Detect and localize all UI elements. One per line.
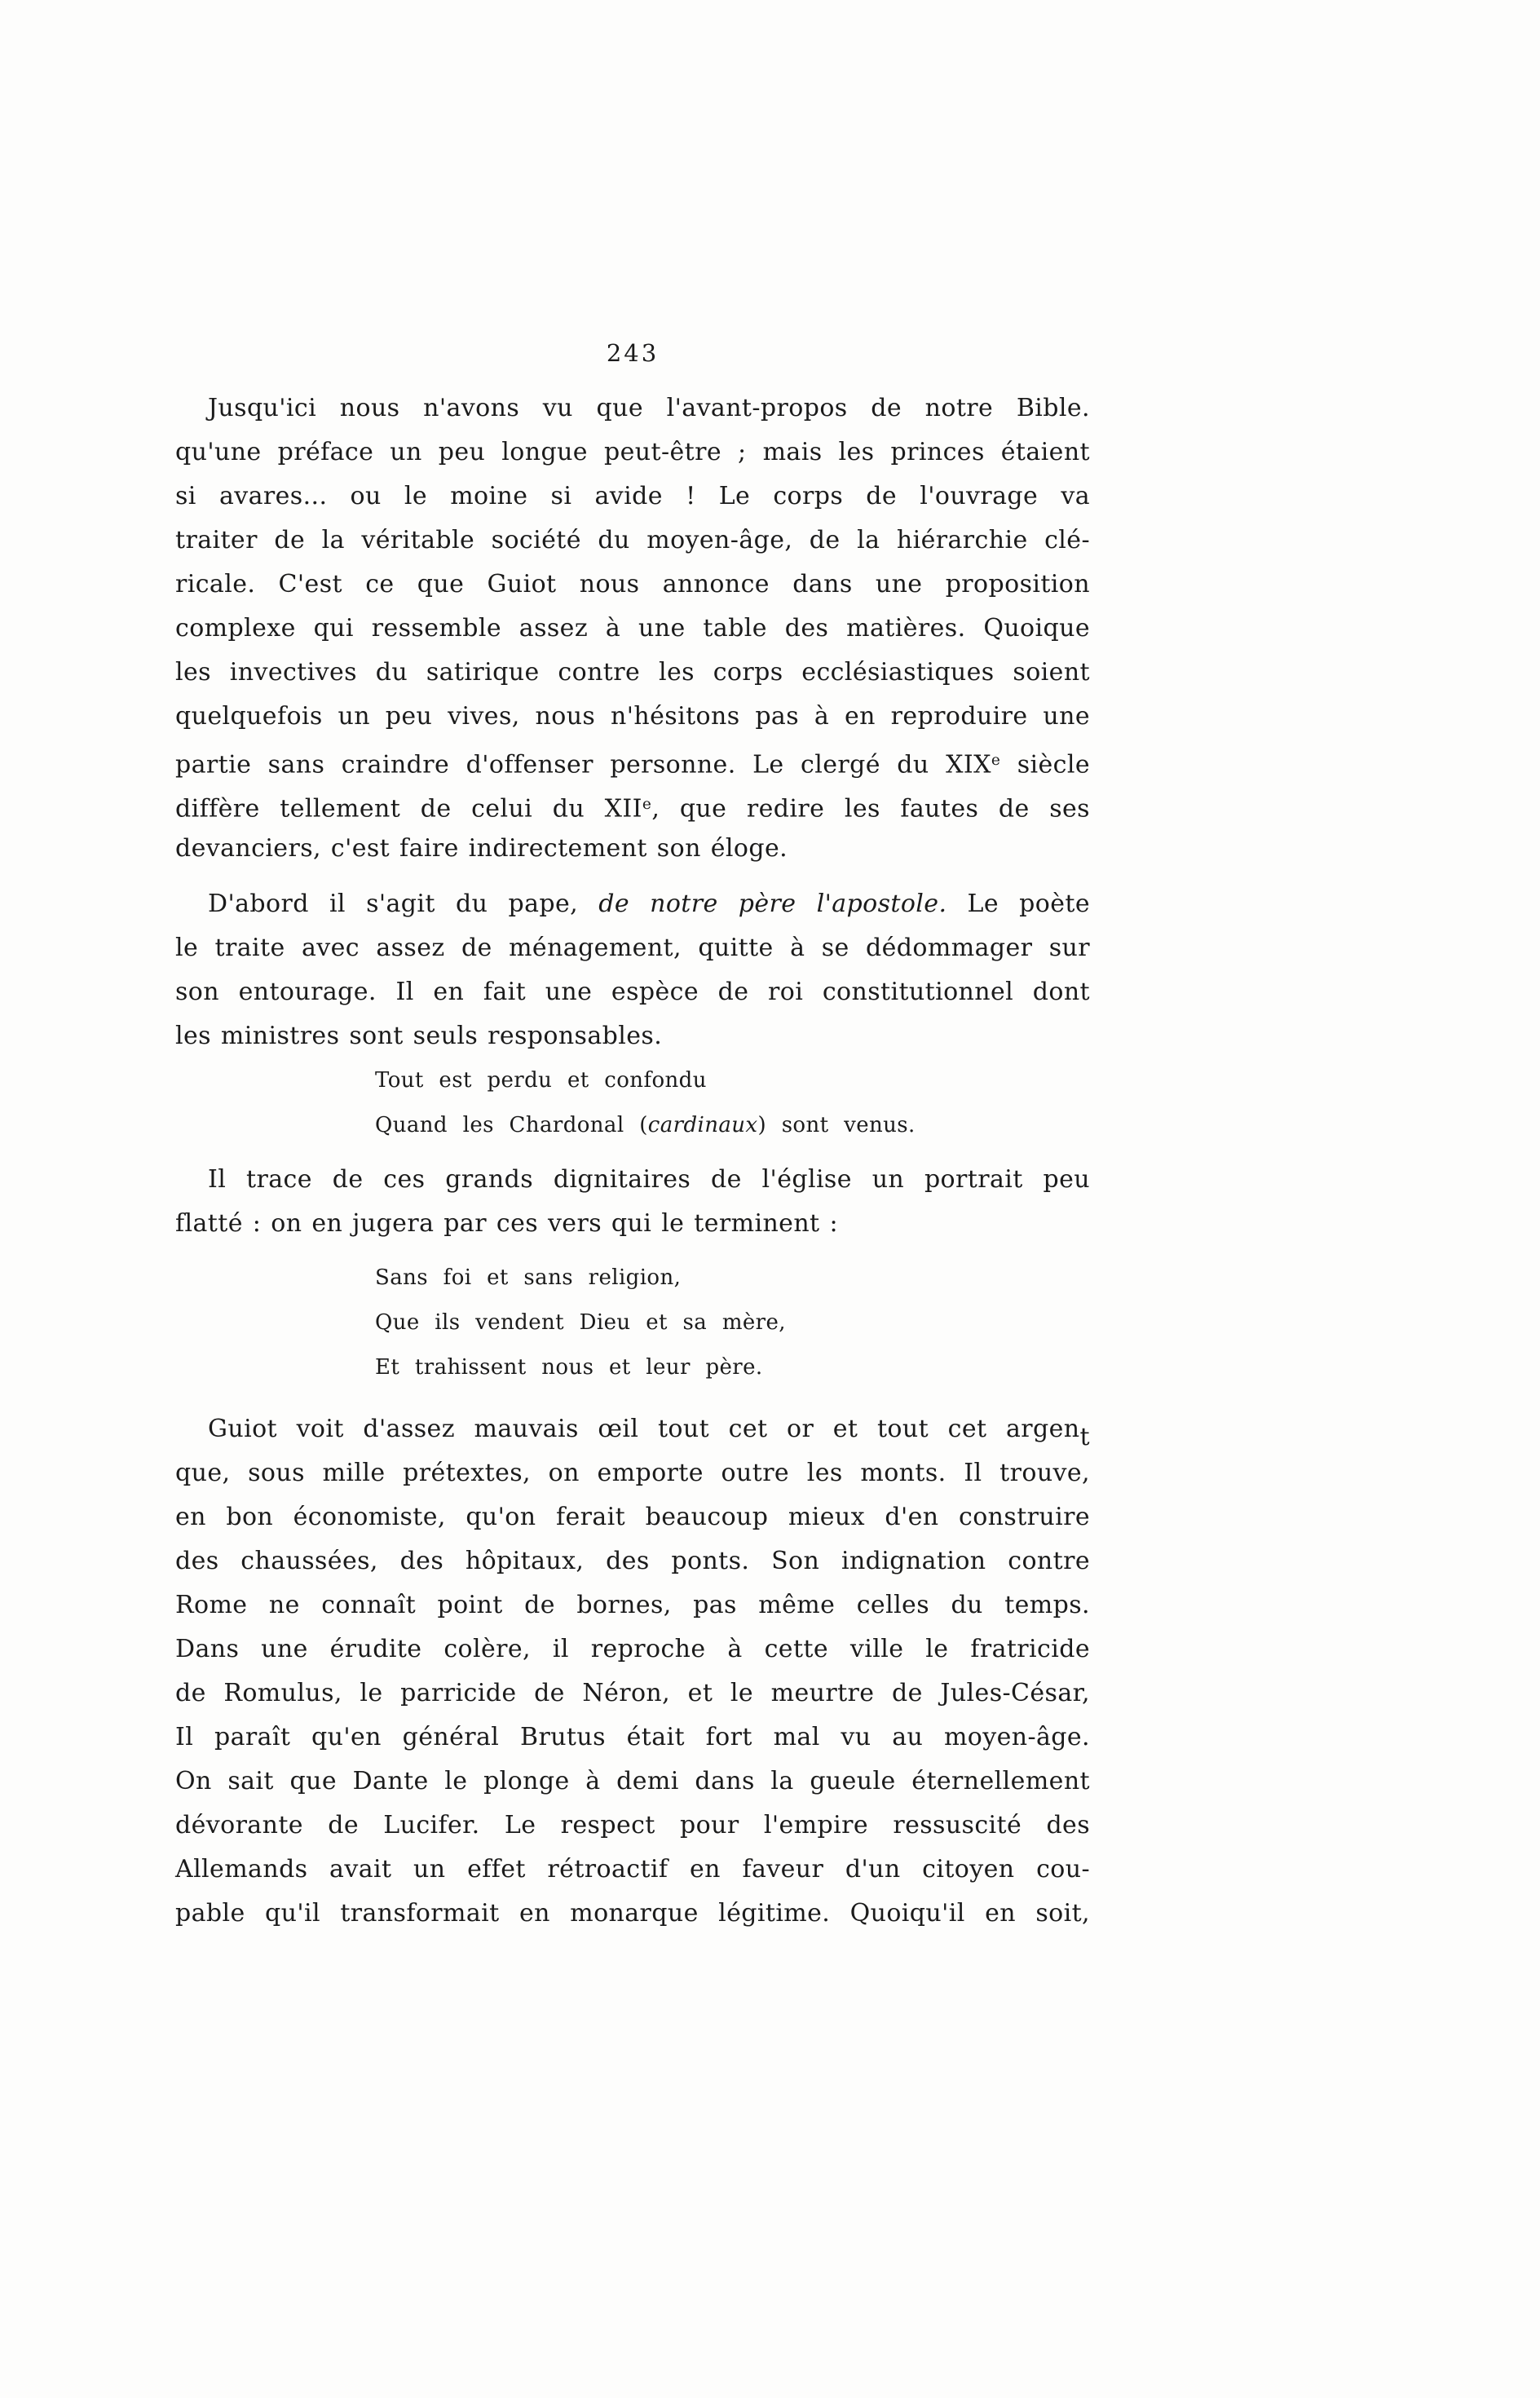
- verse-quote-1: Tout est perdu et confondu Quand les Cha…: [175, 1058, 1090, 1148]
- text-line: les invectives du satirique contre les c…: [175, 651, 1090, 695]
- text-line: pable qu'il transformait en monarque lég…: [175, 1892, 1090, 1936]
- text-line: partie sans craindre d'offenser personne…: [175, 739, 1090, 783]
- scanned-book-page: 243 Jusqu'ici nous n'avons vu que l'avan…: [0, 0, 1540, 2398]
- text-line: le traite avec assez de ménagement, quit…: [175, 926, 1090, 970]
- text-line: de Romulus, le parricide de Néron, et le…: [175, 1672, 1090, 1716]
- text-line: ricale. C'est ce que Guiot nous annonce …: [175, 563, 1090, 607]
- text-line: Allemands avait un effet rétroactif en f…: [175, 1848, 1090, 1892]
- superscript-e: e: [991, 752, 1000, 769]
- text-line: si avares... ou le moine si avide ! Le c…: [175, 475, 1090, 519]
- text-line: Guiot voit d'assez mauvais œil tout cet …: [175, 1407, 1090, 1451]
- text-line: diffère tellement de celui du XIIe, que …: [175, 783, 1090, 827]
- dropped-t-glyph: t: [1080, 1423, 1090, 1451]
- text-block: 243 Jusqu'ici nous n'avons vu que l'avan…: [175, 339, 1090, 1936]
- text-line: traiter de la véritable société du moyen…: [175, 519, 1090, 563]
- verse-line: Quand les Chardonal (cardinaux) sont ven…: [375, 1103, 1090, 1148]
- superscript-e: e: [642, 796, 651, 813]
- verse-line: Que ils vendent Dieu et sa mère,: [375, 1301, 1090, 1345]
- text-line: dévorante de Lucifer. Le respect pour l'…: [175, 1804, 1090, 1848]
- italic-segment: cardinaux: [648, 1113, 758, 1137]
- paragraph-4: Guiot voit d'assez mauvais œil tout cet …: [175, 1407, 1090, 1936]
- text-line: Il paraît qu'en général Brutus était for…: [175, 1716, 1090, 1760]
- text-line: que, sous mille prétextes, on emporte ou…: [175, 1451, 1090, 1495]
- paragraph-1: Jusqu'ici nous n'avons vu que l'avant-pr…: [175, 386, 1090, 871]
- text-line: devanciers, c'est faire indirectement so…: [175, 827, 1090, 871]
- text-line: en bon économiste, qu'on ferait beaucoup…: [175, 1495, 1090, 1539]
- verse-line: Tout est perdu et confondu: [375, 1058, 1090, 1103]
- verse-line: Et trahissent nous et leur père.: [375, 1345, 1090, 1390]
- text-line: On sait que Dante le plonge à demi dans …: [175, 1760, 1090, 1804]
- text-line: les ministres sont seuls responsables.: [175, 1014, 1090, 1058]
- text-line: flatté : on en jugera par ces vers qui l…: [175, 1202, 1090, 1246]
- text-line: quelquefois un peu vives, nous n'hésiton…: [175, 695, 1090, 739]
- page-number: 243: [175, 339, 1090, 386]
- text-line: complexe qui ressemble assez à une table…: [175, 607, 1090, 651]
- text-line: Il trace de ces grands dignitaires de l'…: [175, 1158, 1090, 1202]
- text-line: Dans une érudite colère, il reproche à c…: [175, 1627, 1090, 1672]
- text-line: des chaussées, des hôpitaux, des ponts. …: [175, 1539, 1090, 1583]
- text-line: Rome ne connaît point de bornes, pas mêm…: [175, 1583, 1090, 1627]
- paragraph-2: D'abord il s'agit du pape, de notre père…: [175, 882, 1090, 1058]
- text-line: D'abord il s'agit du pape, de notre père…: [175, 882, 1090, 926]
- italic-segment: de notre père l'apostole.: [598, 890, 947, 918]
- text-line: son entourage. Il en fait une espèce de …: [175, 970, 1090, 1014]
- text-line: Jusqu'ici nous n'avons vu que l'avant-pr…: [175, 386, 1090, 431]
- verse-quote-2: Sans foi et sans religion, Que ils vende…: [175, 1256, 1090, 1390]
- verse-line: Sans foi et sans religion,: [375, 1256, 1090, 1301]
- text-line: qu'une préface un peu longue peut-être ;…: [175, 431, 1090, 475]
- paragraph-3: Il trace de ces grands dignitaires de l'…: [175, 1158, 1090, 1246]
